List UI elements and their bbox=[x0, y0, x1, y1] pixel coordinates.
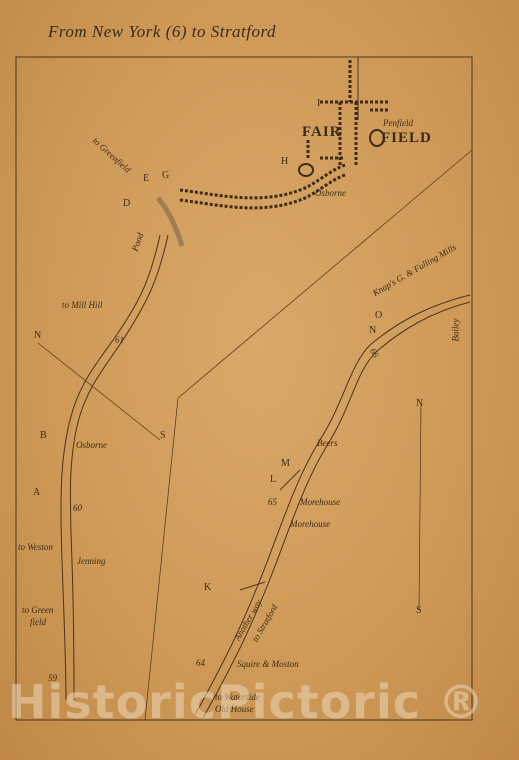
squire-moston-label: Squire & Moston bbox=[237, 659, 299, 669]
compass-s-right: S bbox=[416, 605, 422, 616]
jenning-label: Jenning bbox=[77, 556, 106, 566]
osborne-fairfield-label: Osborne bbox=[315, 188, 346, 198]
beers-label: Beers bbox=[317, 438, 338, 448]
to-greenfield-bottom-label-2: field bbox=[30, 617, 46, 627]
letter-h: H bbox=[281, 156, 288, 167]
milepost-61: 61 bbox=[115, 335, 124, 345]
letter-n: N bbox=[369, 325, 376, 336]
osborne-left-label: Osborne bbox=[76, 440, 107, 450]
town-label-field: FIELD bbox=[381, 130, 432, 147]
letter-o: O bbox=[375, 310, 382, 321]
morehouse-label-2: Morehouse bbox=[290, 519, 330, 529]
letter-g: G bbox=[162, 170, 169, 181]
letter-b: B bbox=[40, 430, 47, 441]
watermark: HistoricPictoric ® bbox=[8, 675, 485, 729]
milepost-60: 60 bbox=[73, 503, 82, 513]
compass-n-right: N bbox=[416, 398, 423, 409]
letter-i: I bbox=[317, 98, 320, 109]
letter-e: E bbox=[143, 173, 149, 184]
compass-s-left: S bbox=[160, 430, 166, 441]
to-greenfield-bottom-label-1: to Green bbox=[22, 605, 53, 615]
milepost-65: 65 bbox=[268, 497, 277, 507]
map-linework bbox=[0, 0, 519, 760]
compass-n-left: N bbox=[34, 330, 41, 341]
morehouse-label-1: Morehouse bbox=[300, 497, 340, 507]
milepost-64: 64 bbox=[196, 658, 205, 668]
letter-m: M bbox=[281, 458, 290, 469]
penfield-label: Penfield bbox=[383, 118, 413, 128]
bailey-label: Bailey bbox=[451, 319, 461, 342]
letter-l: L bbox=[270, 474, 276, 485]
to-mill-label: to Mill Hill bbox=[62, 300, 103, 310]
letter-a: A bbox=[33, 487, 40, 498]
letter-k: K bbox=[204, 582, 211, 593]
to-weston-label: to Weston bbox=[18, 542, 53, 552]
letter-d: D bbox=[123, 198, 130, 209]
town-label-fair: FAIR bbox=[302, 124, 342, 141]
